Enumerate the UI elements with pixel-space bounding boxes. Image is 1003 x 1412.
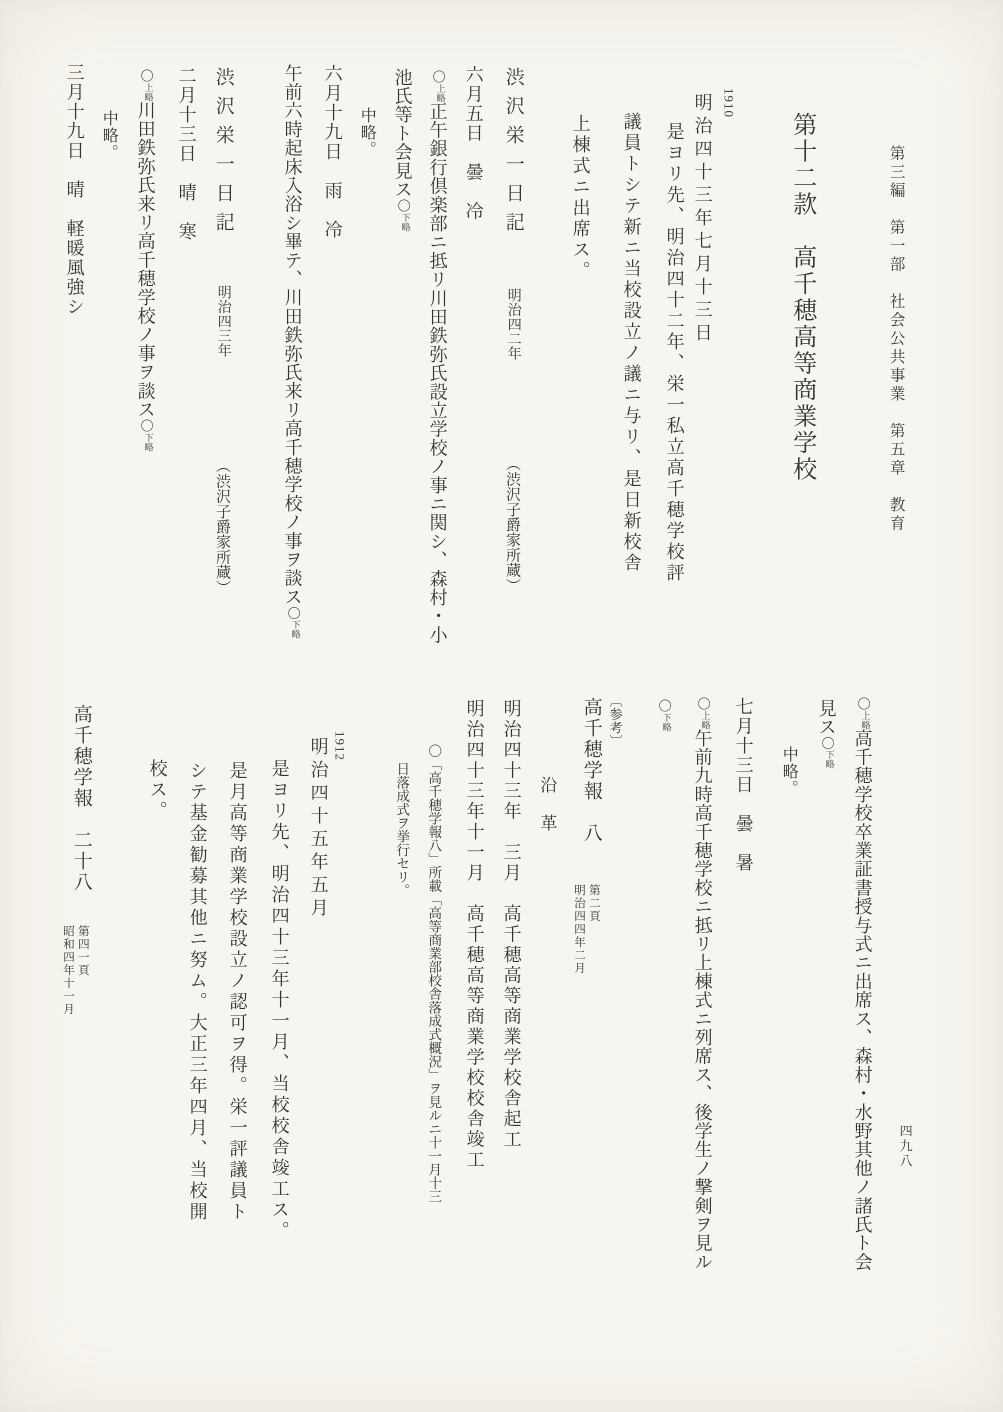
journal-date-ref: 明治四四年二月 xyxy=(571,884,586,975)
diary-quote-line: 見ス〇下略 xyxy=(815,699,837,768)
page-number: 四九八 xyxy=(897,1124,913,1169)
chronology-line: 明治四十三年 三月 高千穂高等商業学校舎起工 xyxy=(500,699,522,1150)
omission-circle-icon: 〇 xyxy=(139,69,154,82)
omission-circle-icon: 〇 xyxy=(396,199,411,212)
western-year-1912: 1912 xyxy=(332,731,348,761)
subsection-heading: 沿 革 xyxy=(536,776,556,833)
omission-upper-label: 上略 xyxy=(436,84,446,103)
quote-text: 正午銀行倶楽部ニ抵リ川田鉄弥氏設立学校ノ事ニ関シ、森村・小 xyxy=(428,102,448,644)
section-title: 第十二款 高千穂高等商業学校 xyxy=(787,112,816,483)
omission-lower-label: 下略 xyxy=(662,713,672,732)
paragraph-line: 是ヨリ先、明治四十三年十一月、当校校舎竣工ス。 xyxy=(268,759,290,1242)
diary-quote-line: 〇上略正午銀行倶楽部ニ抵リ川田鉄弥氏設立学校ノ事ニ関シ、森村・小 xyxy=(426,70,448,644)
paragraph-line: 上棟式ニ出席ス。 xyxy=(569,114,591,282)
journal-page-ref: 第二頁 xyxy=(586,884,601,975)
source-year: 明治四三年 xyxy=(214,285,231,358)
omission-lower-label: 下略 xyxy=(291,620,301,639)
paragraph-line: 是月高等商業学校設立ノ認可ヲ得。栄一評議員ト xyxy=(226,761,248,1223)
editorial-note-line: 〇「高千穂学報八」所載「高等商業部校舎落成式概況」ヲ見ルニ十一月十三 xyxy=(425,744,441,1203)
diary-quote-line: 〇上略川田鉄弥氏来リ高千穂学校ノ事ヲ談ス〇下略 xyxy=(134,69,156,451)
quote-text: 午前六時起床入浴シ畢テ、川田鉄弥氏来リ高千穂学校ノ事ヲ談ス xyxy=(283,64,303,606)
paragraph-line: 議員トシテ新ニ当校設立ノ議ニ与リ、是日新校舎 xyxy=(620,112,642,574)
omission-lower-label: 下略 xyxy=(401,213,411,232)
journal-page-ref: 第四一頁 xyxy=(75,925,90,1016)
source-provenance: （渋沢子爵家所蔵） xyxy=(213,458,231,595)
diary-date: 七月十三日 曇 暑 xyxy=(732,697,754,873)
source-title: 渋沢栄一日記 xyxy=(211,67,234,241)
omission-middle: 中略。 xyxy=(357,107,376,158)
paragraph-line: 是ヨリ先、明治四十二年、栄一私立高千穂学校評 xyxy=(663,122,685,584)
quote-text: 池氏等ト会見ス xyxy=(393,68,413,199)
diary-quote-line: 池氏等ト会見ス〇下略 xyxy=(391,68,413,231)
omission-circle-icon: 〇 xyxy=(286,606,301,619)
diary-date: 三月十九日 晴 軽暖風強シ xyxy=(63,63,85,317)
quote-text: 午前九時高千穂学校ニ抵リ上棟式ニ列席ス、後学生ノ撃剣ヲ見ル xyxy=(693,729,713,1271)
book-page-scan: 第三編 第一部 社会公共事業 第五章 教育 第十二款 高千穂高等商業学校 191… xyxy=(0,0,1003,1412)
diary-quote-line: 〇上略高千穂学校卒業証書授与式ニ出席ス、森村・水野其他ノ諸氏ト会 xyxy=(851,697,873,1271)
journal-citation: 第四一頁 昭和四年十一月 xyxy=(60,925,90,1016)
quote-text: 川田鉄弥氏来リ高千穂学校ノ事ヲ談ス xyxy=(136,101,156,419)
journal-title: 高千穂学報 八 xyxy=(579,697,602,844)
paragraph-line: 校ス。 xyxy=(146,759,168,822)
quote-text: 見ス xyxy=(817,699,837,736)
omission-circle-icon: 〇 xyxy=(856,697,871,710)
omission-circle-icon: 〇 xyxy=(431,70,446,83)
entry-date-heading: 明治四十五年五月 xyxy=(307,737,329,921)
source-year: 明治四二年 xyxy=(504,288,521,361)
omission-circle-icon: 〇 xyxy=(696,697,711,710)
journal-title: 高千穂学報 二十八 xyxy=(69,704,92,893)
chronology-line: 明治四十三年十一月 高千穂高等商業学校校舎竣工 xyxy=(463,699,485,1171)
omission-middle: 中略。 xyxy=(779,746,798,797)
omission-circle-icon: 〇 xyxy=(657,699,672,712)
journal-date-ref: 昭和四年十一月 xyxy=(60,925,75,1016)
diary-quote-line: 〇下略 xyxy=(652,699,674,731)
reference-label: 〔参考〕 xyxy=(607,694,623,748)
omission-middle: 中略。 xyxy=(99,110,118,161)
journal-citation: 第二頁 明治四四年二月 xyxy=(571,884,601,975)
diary-quote-line: 午前六時起床入浴シ畢テ、川田鉄弥氏来リ高千穂学校ノ事ヲ談ス〇下略 xyxy=(281,64,303,638)
diary-date: 六月十九日 雨 冷 xyxy=(321,64,343,240)
running-header: 第三編 第一部 社会公共事業 第五章 教育 xyxy=(886,145,905,534)
quote-text: 高千穂学校卒業証書授与式ニ出席ス、森村・水野其他ノ諸氏ト会 xyxy=(853,729,873,1271)
omission-upper-label: 上略 xyxy=(144,83,154,102)
paragraph-line: シテ基金勧募其他ニ努ム。大正三年四月、当校開 xyxy=(186,761,208,1223)
omission-circle-icon: 〇 xyxy=(139,419,154,432)
diary-date: 六月五日 曇 冷 xyxy=(462,65,484,221)
omission-upper-label: 上略 xyxy=(701,711,711,730)
omission-upper-label: 上略 xyxy=(861,711,871,730)
western-year-1910: 1910 xyxy=(721,88,737,118)
omission-lower-label: 下略 xyxy=(144,433,154,452)
diary-date: 二月十三日 晴 寒 xyxy=(175,66,197,242)
editorial-note-line: 日落成式ヲ挙行セリ。 xyxy=(393,762,409,897)
source-title: 渋沢栄一日記 xyxy=(501,67,524,241)
entry-date-heading: 明治四十三年七月十三日 xyxy=(691,93,713,346)
source-provenance: （渋沢子爵家所蔵） xyxy=(503,456,521,593)
omission-lower-label: 下略 xyxy=(825,750,835,769)
omission-circle-icon: 〇 xyxy=(820,736,835,749)
diary-quote-line: 〇上略午前九時高千穂学校ニ抵リ上棟式ニ列席ス、後学生ノ撃剣ヲ見ル xyxy=(691,697,713,1271)
